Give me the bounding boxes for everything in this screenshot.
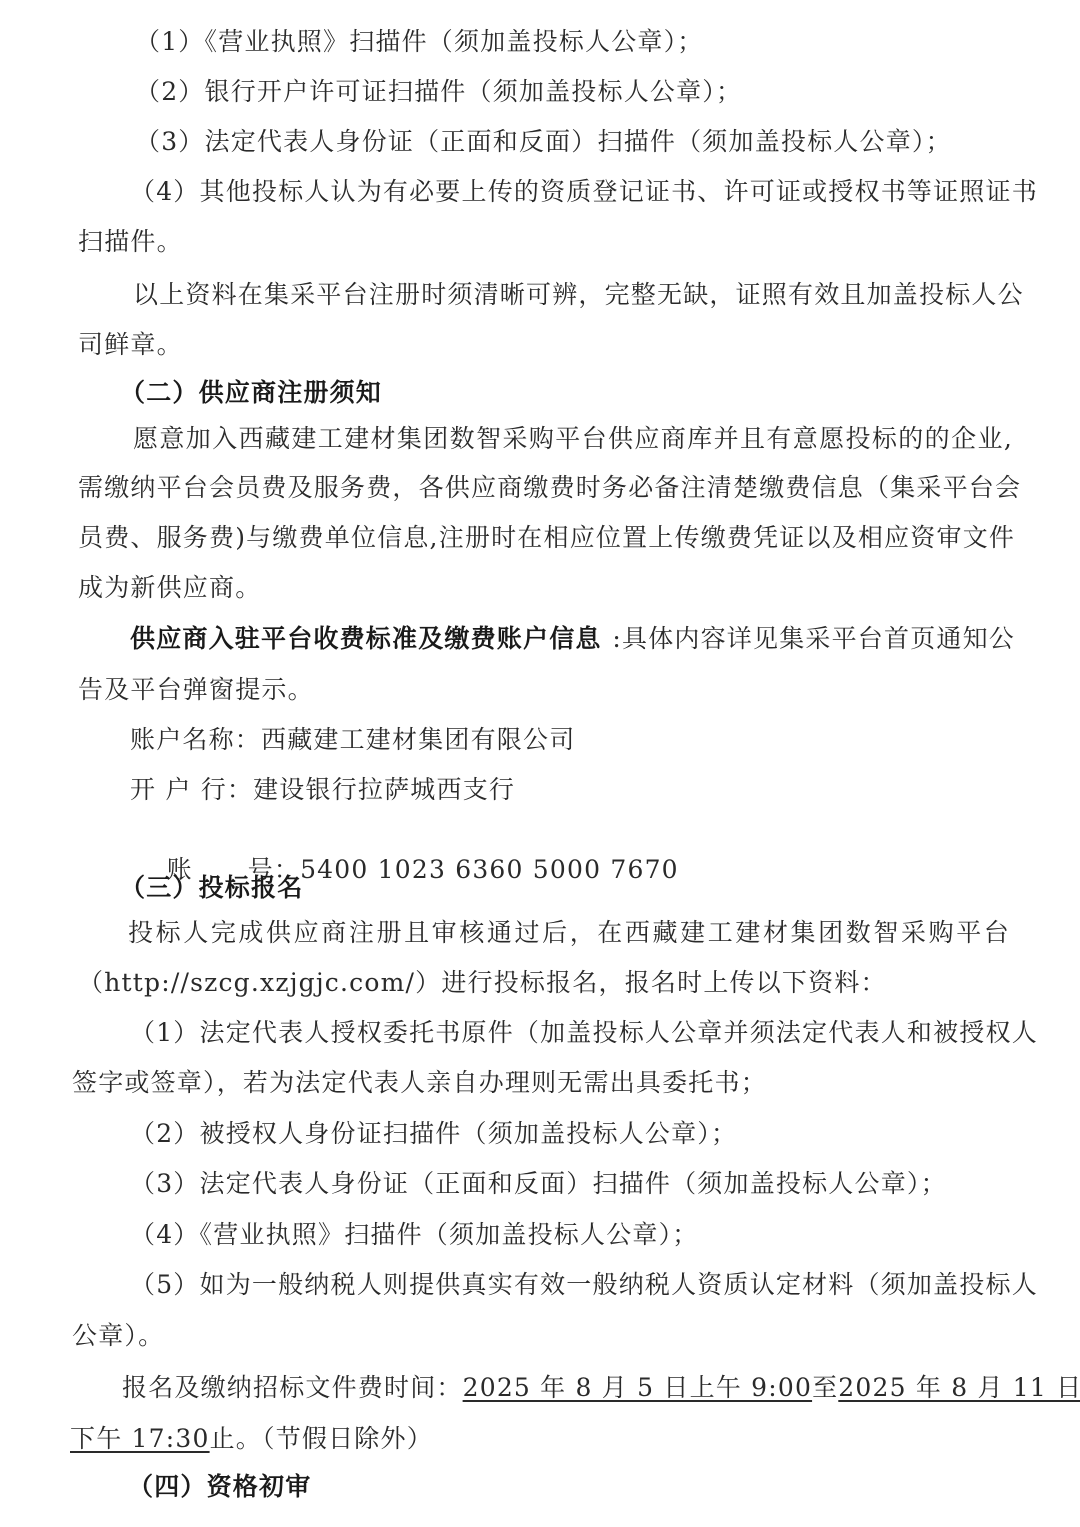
registration-end-date: 2025 年 8 月 11 日	[838, 1373, 1080, 1402]
section2-para-line1: 愿意加入西藏建工建材集团数智采购平台供应商库并且有意愿投标的的企业,	[133, 424, 1013, 454]
section3-intro-line2: （http://szcg.xzjgjc.com/）进行投标报名，报名时上传以下资…	[78, 968, 887, 998]
section1-note-line1: 以上资料在集采平台注册时须清晰可辨，完整无缺，证照有效且加盖投标人公	[133, 280, 1015, 310]
registration-time-label: 报名及缴纳招标文件费时间：	[122, 1373, 463, 1402]
section2-para-line4: 成为新供应商。	[78, 573, 261, 603]
section1-item-4-line1: （4）其他投标人认为有必要上传的资质登记证书、许可证或授权书等证照证书	[130, 177, 1015, 207]
fee-info-line1: 供应商入驻平台收费标准及缴费账户信息 :具体内容详见集采平台首页通知公	[130, 624, 1015, 654]
section1-note-line2: 司鲜章。	[78, 330, 183, 360]
section3-item-2: （2）被授权人身份证扫描件（须加盖投标人公章）；	[130, 1119, 737, 1149]
account-name: 账户名称：西藏建工建材集团有限公司	[130, 725, 575, 755]
fee-info-label: 供应商入驻平台收费标准及缴费账户信息	[130, 624, 602, 654]
section2-para-line3: 员费、服务费)与缴费单位信息,注册时在相应位置上传缴费凭证以及相应资审文件	[78, 523, 1015, 553]
section3-item-5-line2: 公章）。	[72, 1321, 164, 1351]
section3-item-3: （3）法定代表人身份证（正面和反面）扫描件（须加盖投标人公章）；	[130, 1169, 947, 1199]
section1-item-4-line2: 扫描件。	[78, 227, 183, 257]
registration-end-time: 下午 17:30	[70, 1424, 210, 1453]
section2-heading: （二）供应商注册须知	[120, 378, 382, 408]
section1-item-3: （3）法定代表人身份证（正面和反面）扫描件（须加盖投标人公章）；	[135, 127, 952, 157]
account-number: 5400 1023 6360 5000 7670	[300, 855, 679, 884]
section1-item-1: （1）《营业执照》扫描件（须加盖投标人公章）；	[135, 27, 704, 57]
section1-item-2: （2）银行开户许可证扫描件（须加盖投标人公章）；	[135, 77, 742, 107]
fee-info-text: :具体内容详见集采平台首页通知公	[612, 624, 1015, 654]
registration-time-to: 至	[812, 1373, 838, 1402]
section3-item-4: （4）《营业执照》扫描件（须加盖投标人公章）；	[130, 1220, 699, 1250]
section3-heading: （三）投标报名	[120, 873, 303, 903]
bank-name: 开 户 行：建设银行拉萨城西支行	[130, 775, 515, 805]
section2-para-line2: 需缴纳平台会员费及服务费，各供应商缴费时务必备注清楚缴费信息（集采平台会	[78, 473, 1015, 503]
registration-time-suffix: 止。（节假日除外）	[210, 1424, 433, 1453]
section3-item-5-line1: （5）如为一般纳税人则提供真实有效一般纳税人资质认定材料（须加盖投标人	[130, 1270, 1012, 1300]
section3-item-1-line2: 签字或签章），若为法定代表人亲自办理则无需出具委托书；	[72, 1068, 767, 1098]
section4-heading: （四）资格初审	[128, 1472, 311, 1502]
registration-time-line2: 下午 17:30止。（节假日除外）	[70, 1424, 433, 1454]
section3-intro-line1: 投标人完成供应商注册且审核通过后，在西藏建工建材集团数智采购平台	[128, 918, 1010, 948]
section3-item-1-line1: （1）法定代表人授权委托书原件（加盖投标人公章并须法定代表人和被授权人	[130, 1018, 1012, 1048]
fee-info-line2: 告及平台弹窗提示。	[78, 675, 314, 705]
registration-time-line1: 报名及缴纳招标文件费时间：2025 年 8 月 5 日上午 9:00至2025 …	[122, 1373, 1080, 1403]
registration-start-time: 2025 年 8 月 5 日上午 9:00	[463, 1373, 812, 1402]
